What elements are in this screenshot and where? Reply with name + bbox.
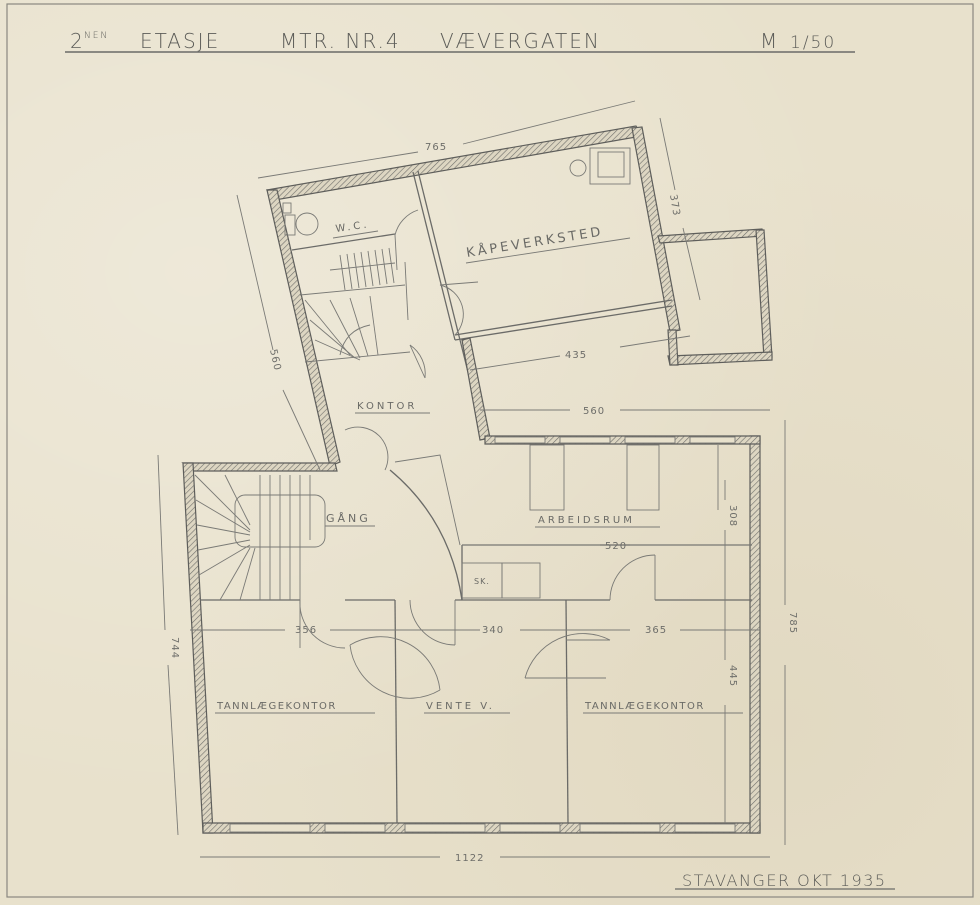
scale-value: 1/50 xyxy=(790,33,836,53)
scale-prefix: M xyxy=(760,29,779,53)
dim-right-total-height: 785 xyxy=(787,612,798,634)
room-label-tannlaegekontor-left: TANNLÆGEKONTOR xyxy=(216,701,337,712)
dim-mid-width-upper: 435 xyxy=(565,350,587,361)
room-label-skap: SK. xyxy=(474,577,490,586)
room-label-tannlaegekontor-right: TANNLÆGEKONTOR xyxy=(584,701,705,712)
dim-room-mid-width: 340 xyxy=(482,625,504,636)
dim-room-right-width: 365 xyxy=(645,625,667,636)
dim-top-right-height: 373 xyxy=(667,194,682,218)
room-label-arbeidsrum: ARBEIDSRUM xyxy=(538,515,635,526)
room-label-gang: GÅNG xyxy=(326,512,371,525)
dim-bottom-total-width: 1122 xyxy=(455,853,484,864)
room-label-kontor: KONTOR xyxy=(357,401,417,412)
dim-left-upper-height: 560 xyxy=(267,348,283,372)
floor-plan-drawing: 2 NEN ETASJE MTR. NR.4 VÆVERGATEN M 1/50 xyxy=(0,0,980,905)
place-date: STAVANGER OKT 1935 xyxy=(682,871,887,890)
dim-mid-width-lower: 560 xyxy=(583,406,605,417)
dim-room-left-width: 356 xyxy=(295,625,317,636)
stair-lower xyxy=(195,475,325,600)
street-name: VÆVERGATEN xyxy=(440,29,601,53)
floor-plan-sheet: 2 NEN ETASJE MTR. NR.4 VÆVERGATEN M 1/50 xyxy=(0,0,980,905)
sheet-border xyxy=(7,4,973,897)
floor-number: 2 xyxy=(70,29,85,53)
sink-icon xyxy=(570,160,586,176)
upper-wing xyxy=(267,126,772,466)
dim-left-total-height: 744 xyxy=(169,637,180,659)
stair-upper xyxy=(300,248,410,362)
floor-word: ETASJE xyxy=(140,29,220,53)
toilet-icon xyxy=(296,213,318,235)
footer-block: STAVANGER OKT 1935 xyxy=(675,871,895,890)
dim-arbeidsrum-height: 308 xyxy=(727,505,738,527)
room-label-kapeverksted: KÅPEVERKSTED xyxy=(465,223,604,260)
dim-arbeidsrum-width: 520 xyxy=(605,541,627,552)
floor-suffix: NEN xyxy=(84,31,109,41)
title-block: 2 NEN ETASJE MTR. NR.4 VÆVERGATEN M 1/50 xyxy=(65,29,855,53)
dimension-lines xyxy=(158,101,785,857)
property-number: MTR. NR.4 xyxy=(280,29,401,53)
room-label-ventev: VENTE V. xyxy=(426,701,495,712)
dim-room-height: 445 xyxy=(727,665,738,687)
dim-top-width: 765 xyxy=(425,142,447,153)
